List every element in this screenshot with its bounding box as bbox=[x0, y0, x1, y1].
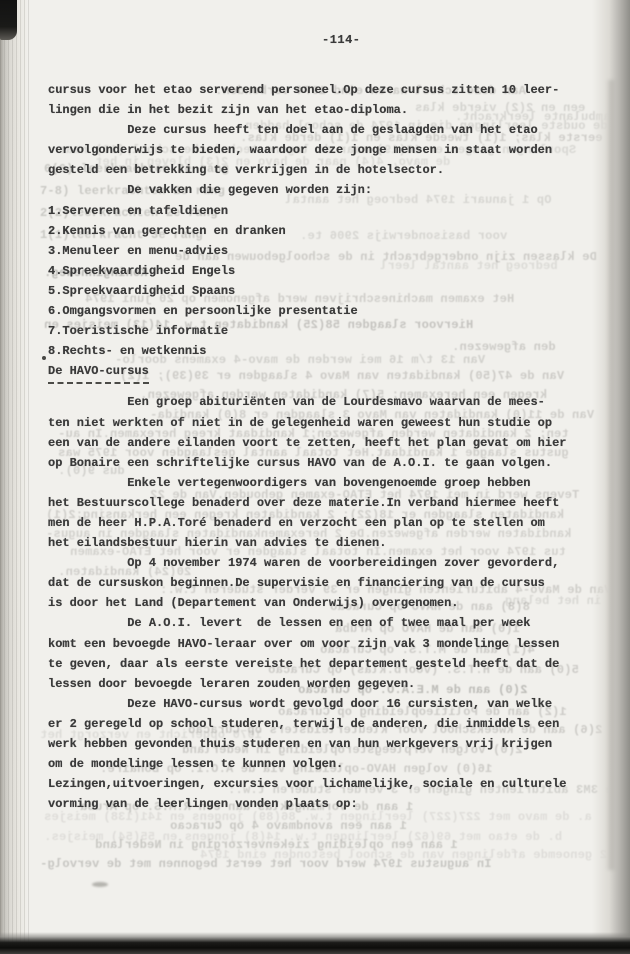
bleedthrough-line: 1 aan een opleiding ziekenverzorging in … bbox=[95, 838, 458, 852]
scan-corner-shadow bbox=[0, 0, 17, 40]
document-body: cursus voor het etao serverend personeel… bbox=[48, 80, 588, 814]
intro-paragraphs: cursus voor het etao serverend personeel… bbox=[48, 80, 588, 180]
vakken-list-item: 6.Omgangsvormen en persoonlijke presenta… bbox=[48, 301, 588, 321]
vakken-list-item: 8.Rechts- en wetkennis bbox=[48, 341, 588, 361]
scanner-edge-band bbox=[0, 932, 630, 954]
page-number: -114- bbox=[322, 33, 361, 47]
bleedthrough-line: b. de etao met 69(62) leerlingen t.w. 14… bbox=[44, 830, 562, 844]
vakken-list-item: 5.Spreekvaardigheid Spaans bbox=[48, 281, 588, 301]
vakken-list-header: De vakken die gegeven worden zijn: bbox=[48, 180, 588, 200]
vakken-list-item: 2.Kennis van gerechten en dranken bbox=[48, 221, 588, 241]
vakken-list-item: 1.Serveren en tafeldienen bbox=[48, 201, 588, 221]
bleedthrough-line: 1 aan een avondmavo 4 op Curacao bbox=[170, 819, 407, 833]
book-page-edge-left bbox=[0, 0, 30, 954]
scan-streak bbox=[606, 80, 616, 870]
smudge-artifact bbox=[92, 882, 108, 887]
bleedthrough-line: De 2 genoemde afdelingen van de school b… bbox=[200, 848, 629, 862]
ink-dot-artifact bbox=[42, 356, 46, 360]
vakken-list-item: 7.Toeristische informatie bbox=[48, 321, 588, 341]
vakken-list-item: 4.Spreekvaardigheid Engels bbox=[48, 261, 588, 281]
section-heading-havo-cursus: De HAVO-cursus bbox=[48, 361, 588, 384]
bleedthrough-line: In augustus 1974 werd voor het eerst beg… bbox=[40, 857, 491, 871]
havo-section-paragraphs: Een groep abituriënten van de Lourdesmav… bbox=[48, 392, 588, 814]
section-heading-text: De HAVO-cursus bbox=[48, 361, 149, 384]
scanned-document-page: Aan deze school waren eind 1974 verbonde… bbox=[0, 0, 630, 954]
vakken-list-item: 3.Menuleer en menu-advies bbox=[48, 241, 588, 261]
